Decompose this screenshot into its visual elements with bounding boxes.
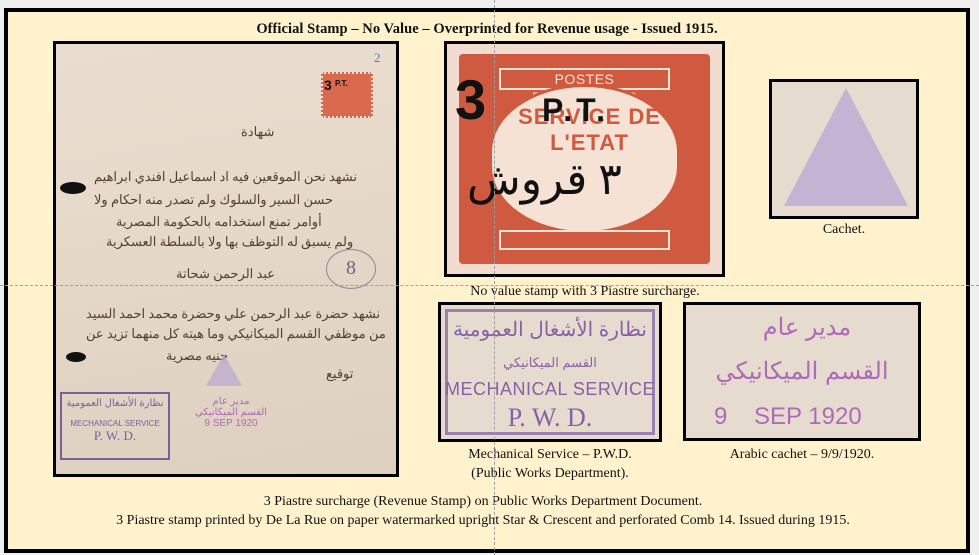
document-date-arabic-top: مدير عام <box>186 396 276 407</box>
triangle-cachet-icon <box>784 88 908 206</box>
arabic-cachet-image: مدير عام القسم الميكانيكي 9 SEP 1920 <box>683 302 921 441</box>
document-mechanical-stamp: نظارة الأشغال العمومية MECHANICAL SERVIC… <box>60 392 170 460</box>
stamp-bottom-panel <box>499 230 670 250</box>
mechanical-arabic-top: نظارة الأشغال العمومية <box>441 317 659 342</box>
document-stamp-pwd: P. W. D. <box>62 428 168 444</box>
document-corner-number: 2 <box>374 50 381 66</box>
document-line: نشهد حضرة عبد الرحمن علي وحضرة محمد احمد… <box>86 306 380 322</box>
cachet-paper <box>772 82 916 216</box>
horizontal-guide-line <box>0 285 979 286</box>
footer-line2: 3 Piastre stamp printed by De La Rue on … <box>8 511 958 530</box>
document-signatures: عبد الرحمن شحاتة <box>176 266 275 282</box>
page-title: Official Stamp – No Value – Overprinted … <box>8 21 966 38</box>
vertical-guide-line <box>494 0 495 555</box>
document-line: توقيع <box>326 366 353 382</box>
arabic-cachet-date: 9 SEP 1920 <box>714 403 862 431</box>
arabic-cachet-mid: القسم الميكانيكي <box>696 357 908 386</box>
document-date-stamp: مدير عام القسم الميكانيكي 9 SEP 1920 <box>186 396 276 429</box>
document-line: نشهد نحن الموقعين فيه اد اسماعيل افندي ا… <box>94 169 357 185</box>
mechanical-caption-line2: (Public Works Department). <box>420 464 680 483</box>
document-stamp: 3 P.T. <box>321 72 373 118</box>
document-triangle-cachet <box>206 354 242 386</box>
ink-blot <box>60 182 86 194</box>
overprint-pt: P.T. <box>542 92 609 129</box>
document-stamp-line: MECHANICAL SERVICE <box>62 419 168 428</box>
document-line: أوامر تمنع استخدامه بالحكومة المصرية <box>116 214 322 230</box>
mechanical-paper: نظارة الأشغال العمومية القسم الميكانيكي … <box>441 305 659 439</box>
arabic-cachet-top: مدير عام <box>706 313 908 342</box>
stamp-paper: POSTES EGYPTIENNES SERVICE DE L'ETAT 3 P… <box>447 44 722 274</box>
overprint-value: 3 <box>455 72 486 128</box>
document-stamp-pt: P.T. <box>335 79 348 88</box>
document-line: ولم يسبق له التوظف بها ولا بالسلطة العسك… <box>106 234 353 250</box>
document-heading: شهادة <box>241 124 274 140</box>
document-image: 3 P.T. 2 شهادة نشهد نحن الموقعين فيه اد … <box>53 41 399 477</box>
mechanical-line: MECHANICAL SERVICE <box>441 379 659 400</box>
circled-number-value: 8 <box>346 257 356 279</box>
overprint-arabic: ٣ قروش <box>467 154 622 205</box>
mechanical-pwd: P. W. D. <box>441 403 659 433</box>
document-paper: 3 P.T. 2 شهادة نشهد نحن الموقعين فيه اد … <box>56 44 396 474</box>
footer-line1: 3 Piastre surcharge (Revenue Stamp) on P… <box>8 492 958 511</box>
mechanical-caption-line1: Mechanical Service – P.W.D. <box>420 445 680 464</box>
document-date: 9 SEP 1920 <box>186 418 276 429</box>
stamp-closeup-image: POSTES EGYPTIENNES SERVICE DE L'ETAT 3 P… <box>444 41 725 277</box>
cachet-caption: Cachet. <box>769 220 919 239</box>
mechanical-service-image: نظارة الأشغال العمومية القسم الميكانيكي … <box>438 302 662 442</box>
document-stamp-arabic: نظارة الأشغال العمومية <box>62 398 168 409</box>
document-line: من موظفي القسم الميكانيكي وما هيته كل من… <box>86 326 386 342</box>
ink-blot <box>66 352 86 362</box>
document-date-arabic-mid: القسم الميكانيكي <box>186 407 276 418</box>
document-line: حسن السير والسلوك ولم تصدر منه احكام ولا <box>94 192 333 208</box>
circled-number: 8 <box>326 249 376 289</box>
mechanical-arabic-sub: القسم الميكانيكي <box>441 355 659 371</box>
arabic-cachet-paper: مدير عام القسم الميكانيكي 9 SEP 1920 <box>686 305 918 438</box>
arabic-cachet-caption: Arabic cachet – 9/9/1920. <box>683 445 921 464</box>
cachet-image <box>769 79 919 219</box>
document-stamp-overprint: 3 <box>324 77 332 93</box>
